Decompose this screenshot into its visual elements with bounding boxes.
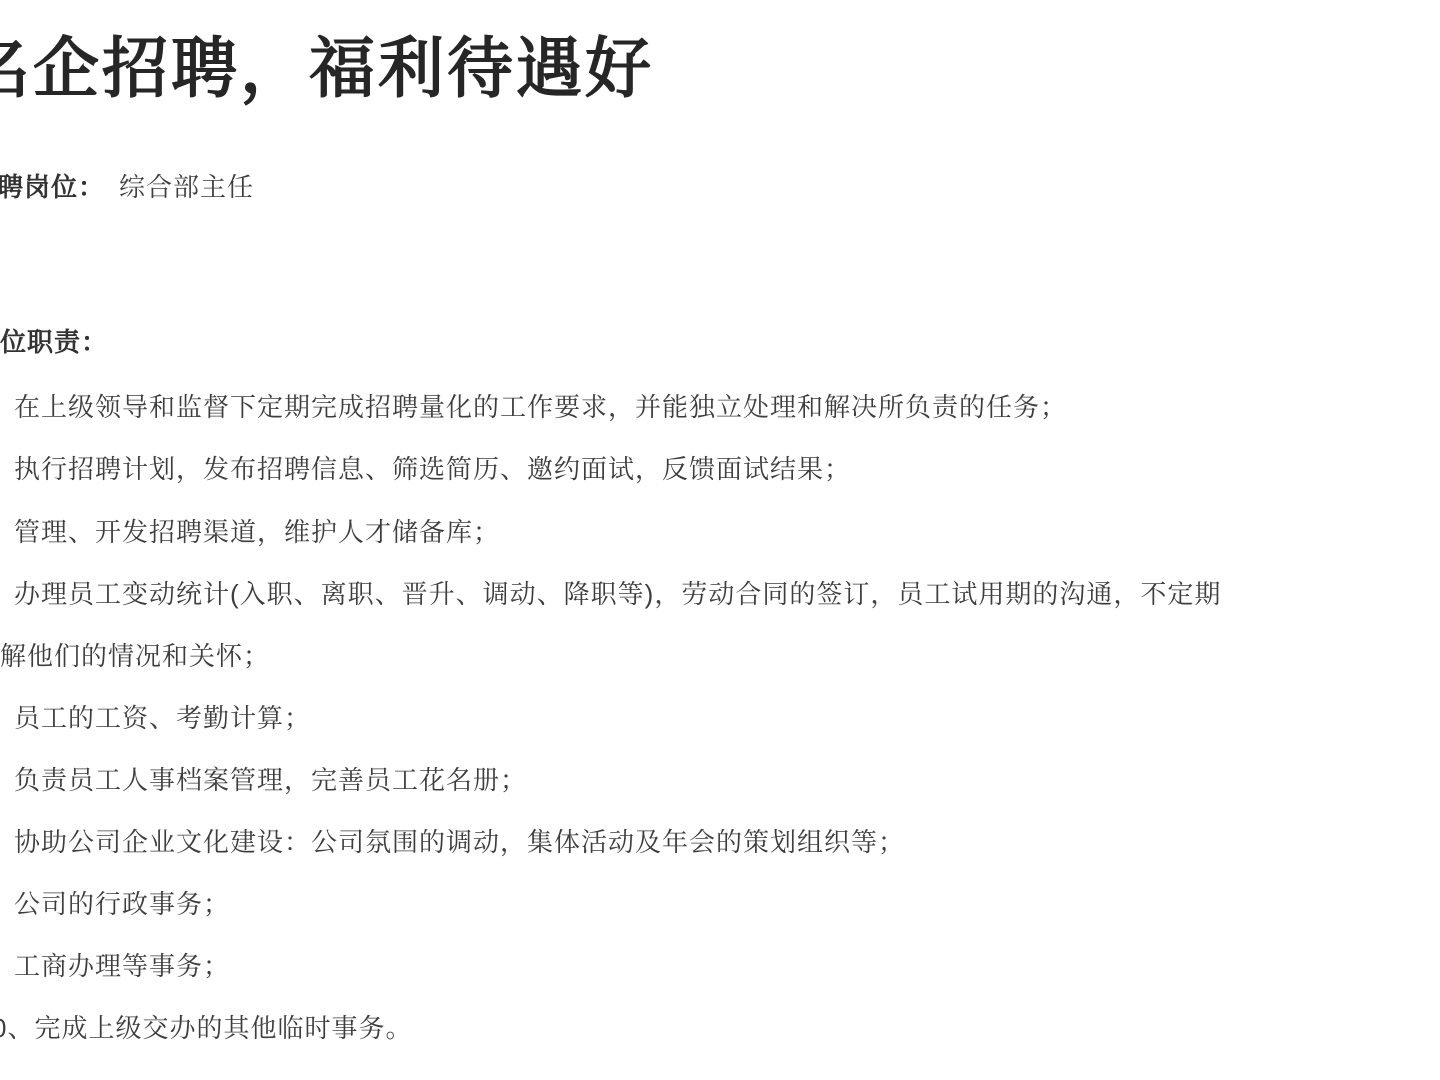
- recruit-position-row: 聘岗位：综合部主任: [0, 172, 254, 203]
- duties-section-heading: 位职责：: [0, 327, 108, 358]
- duty-line-10: 0、完成上级交办的其他临时事务。: [0, 1013, 412, 1044]
- recruit-position-value: 综合部主任: [119, 172, 254, 202]
- duty-line-8: 公司的行政事务；: [14, 889, 230, 920]
- recruit-position-label: 聘岗位：: [0, 172, 105, 202]
- duty-line-4: 办理员工变动统计(入职、离职、晋升、调动、降职等)，劳动合同的签订，员工试用期的…: [14, 579, 1221, 610]
- duty-line-9: 工商办理等事务；: [14, 951, 230, 982]
- duty-line-7: 协助公司企业文化建设：公司氛围的调动，集体活动及年会的策划组织等；: [14, 827, 905, 858]
- duty-line-5: 员工的工资、考勤计算；: [14, 703, 311, 734]
- duty-line-3: 管理、开发招聘渠道，维护人才储备库；: [14, 517, 500, 548]
- duty-line-6: 负责员工人事档案管理，完善员工花名册；: [14, 765, 527, 796]
- job-posting-page: 名企招聘，福利待遇好 聘岗位：综合部主任 位职责： 在上级领导和监督下定期完成招…: [0, 0, 1440, 1080]
- duty-line-4-continuation: 解他们的情况和关怀；: [0, 641, 270, 672]
- page-title: 名企招聘，福利待遇好: [0, 29, 654, 108]
- duty-line-1: 在上级领导和监督下定期完成招聘量化的工作要求，并能独立处理和解决所负责的任务；: [14, 392, 1067, 423]
- duty-line-2: 执行招聘计划，发布招聘信息、筛选简历、邀约面试，反馈面试结果；: [14, 454, 851, 485]
